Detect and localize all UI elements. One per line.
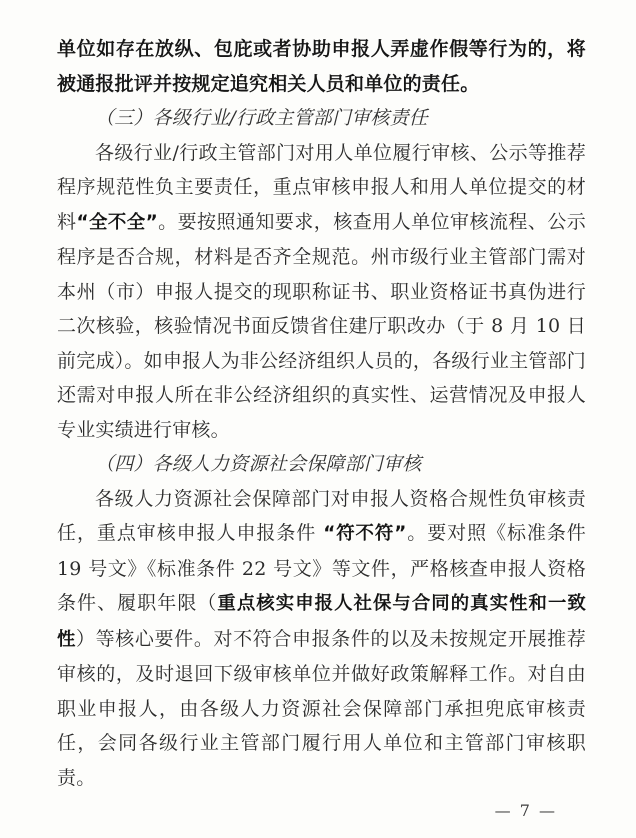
section-heading-4: （四）各级人力资源社会保障部门审核: [57, 447, 586, 482]
paragraph-text: ）等核心要件。对不符合申报条件的以及未按规定开展推荐审核的，及时退回下级审核单位…: [57, 628, 586, 789]
paragraph-text: 。要按照通知要求，核查用人单位审核流程、公示程序是否合规，材料是否齐全规范。州市…: [57, 211, 586, 441]
heading-text: （四）各级人力资源社会保障部门审核: [95, 453, 421, 475]
emphasis-fu-bu-fu: “符不符”: [323, 523, 406, 544]
paragraph-text: 单位如存在放纵、包庇或者协助申报人弄虚作假等行为的，将被通报批评并按规定追究相关…: [57, 38, 586, 95]
emphasis-quan-bu-quan: “全不全”: [76, 212, 157, 233]
paragraph-industry-dept-review: 各级行业/行政主管部门对用人单位履行审核、公示等推荐程序规范性负主要责任，重点审…: [57, 136, 586, 448]
paragraph-hr-dept-review: 各级人力资源社会保障部门对申报人资格合规性负审核责任，重点审核申报人申报条件 “…: [57, 482, 586, 796]
heading-text: （三）各级行业/行政主管部门审核责任: [95, 107, 428, 129]
section-heading-3: （三）各级行业/行政主管部门审核责任: [57, 101, 586, 136]
page-number: — 7 —: [495, 801, 557, 820]
scanned-document-page: 单位如存在放纵、包庇或者协助申报人弄虚作假等行为的，将被通报批评并按规定追究相关…: [0, 0, 636, 838]
document-body: 单位如存在放纵、包庇或者协助申报人弄虚作假等行为的，将被通报批评并按规定追究相关…: [57, 32, 586, 795]
paragraph-carryover-warning: 单位如存在放纵、包庇或者协助申报人弄虚作假等行为的，将被通报批评并按规定追究相关…: [57, 32, 586, 101]
